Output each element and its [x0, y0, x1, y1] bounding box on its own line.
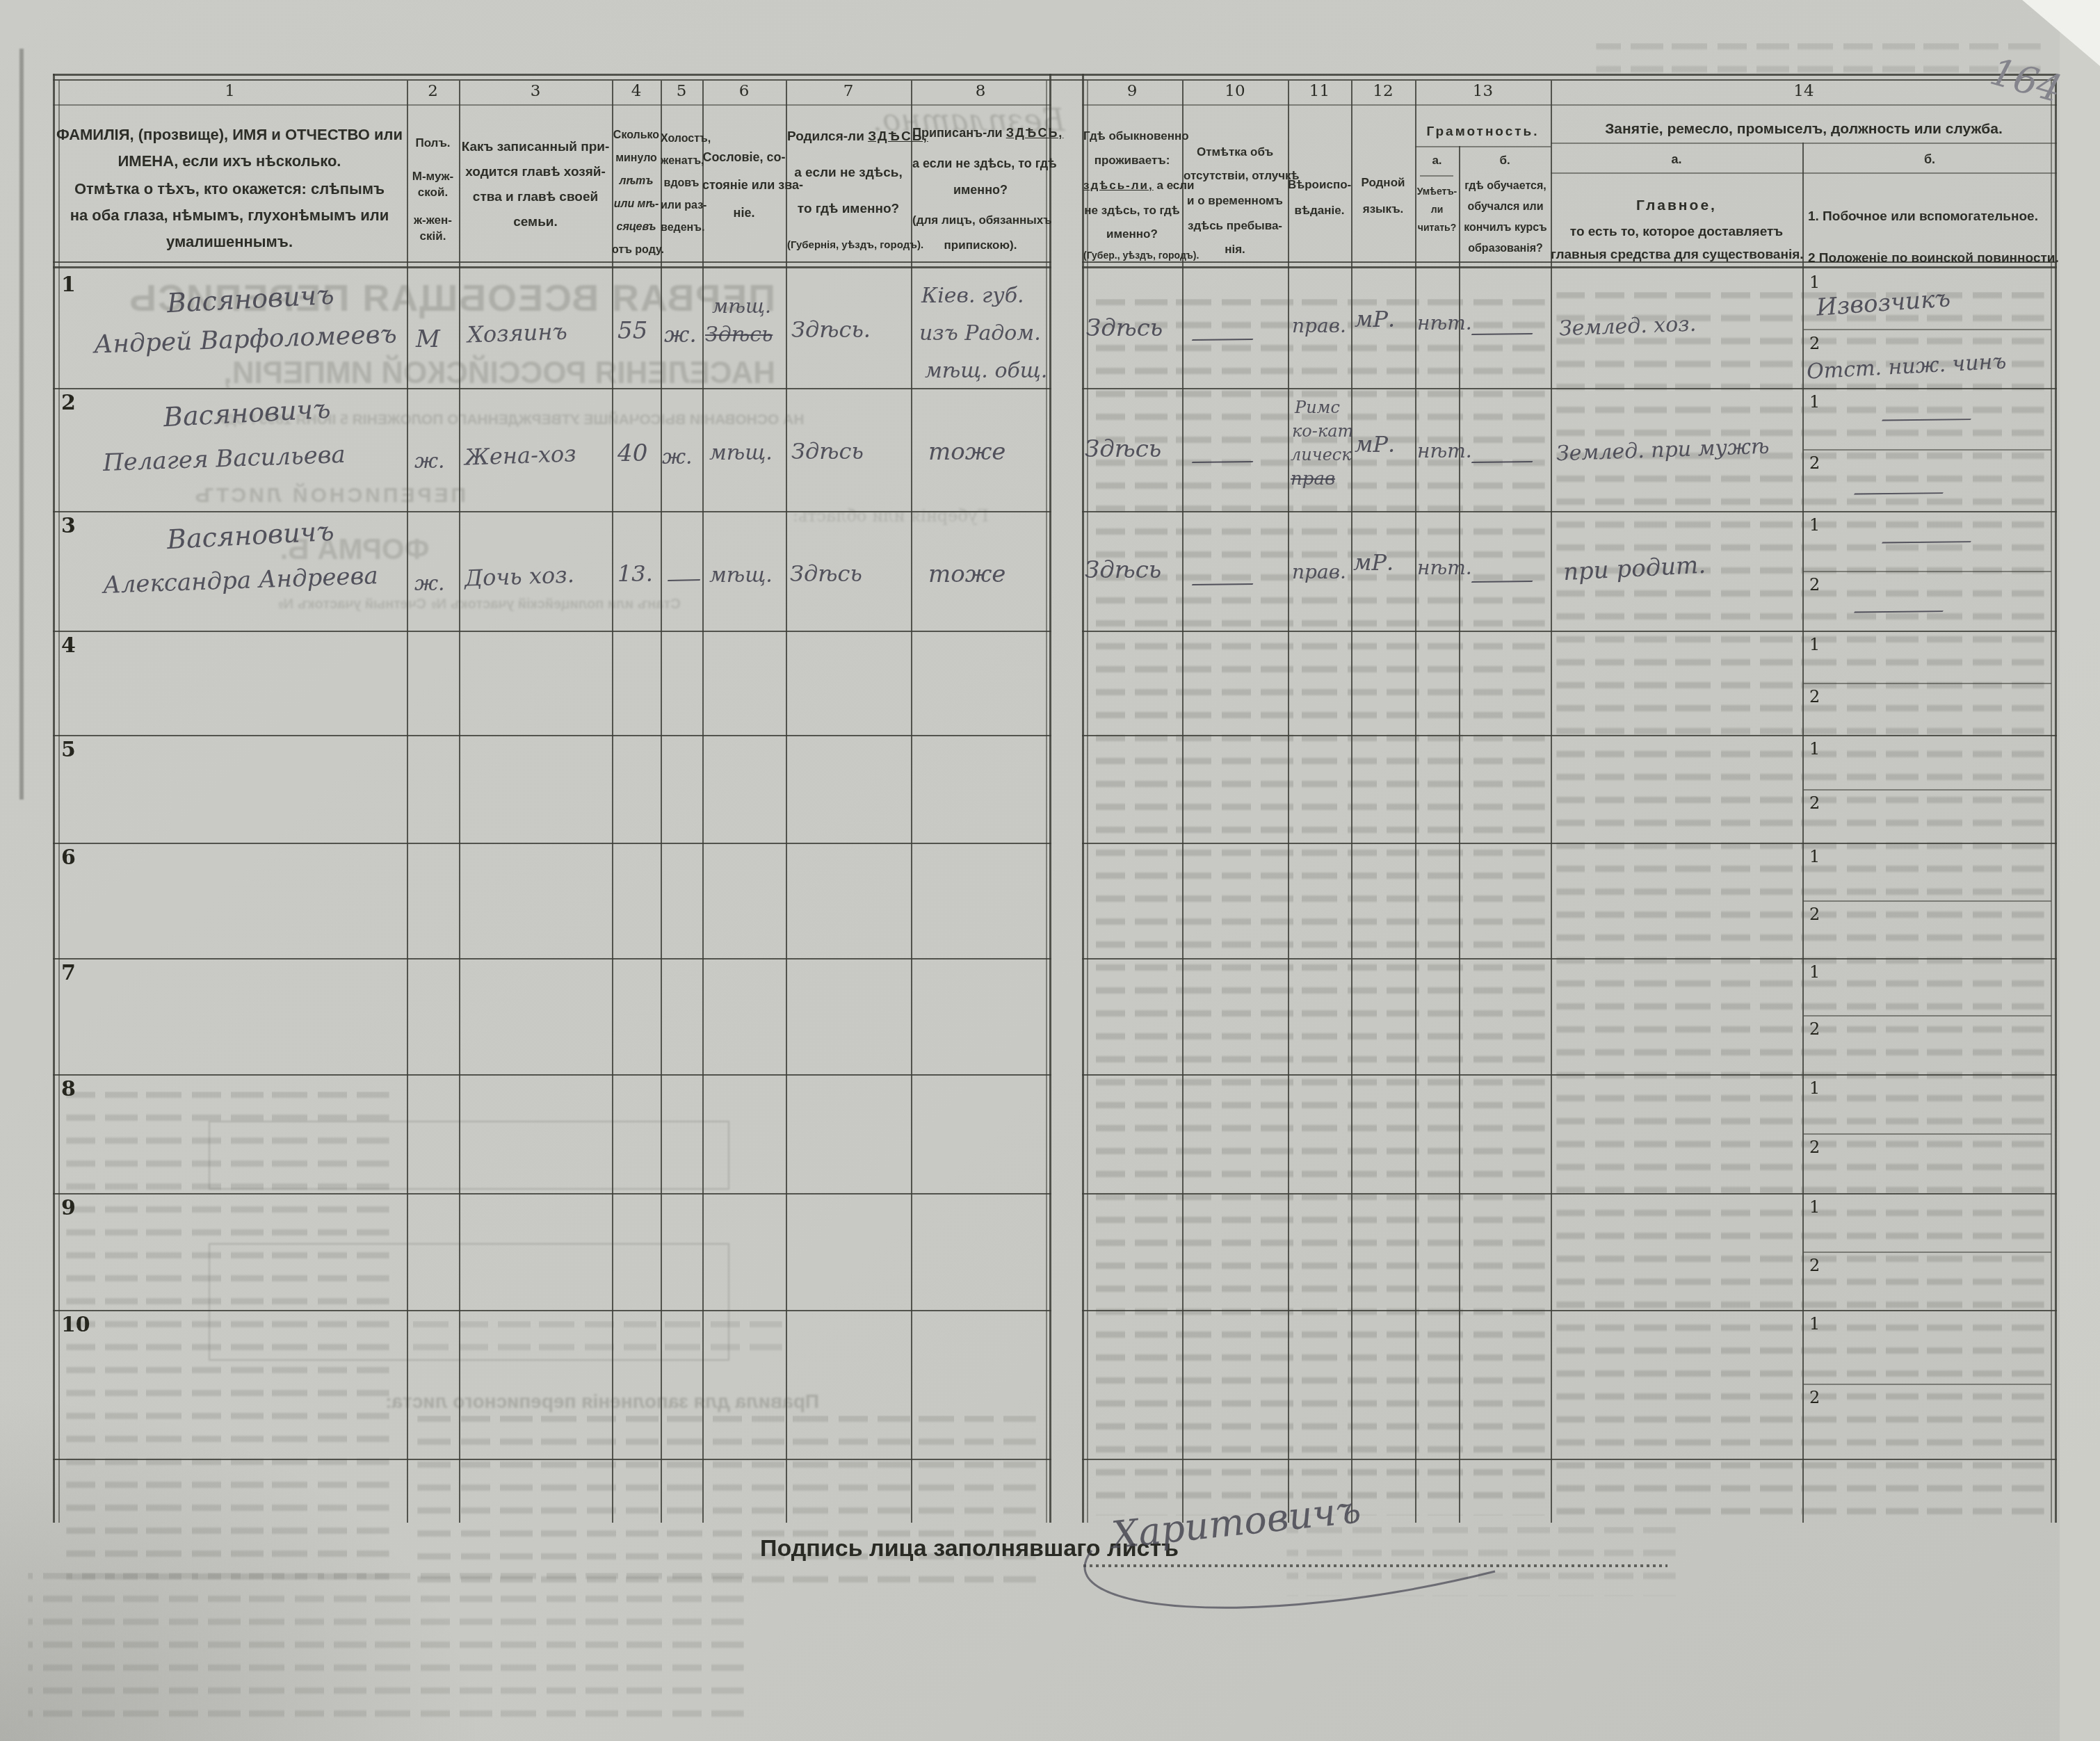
table-rule — [1804, 329, 2051, 330]
header-col14a-label: а. — [1551, 152, 1802, 168]
scan-left-shadow — [19, 49, 24, 800]
header-col13-title: Грамотность. — [1415, 124, 1551, 141]
subrow-label-1: 1 — [1809, 1078, 1820, 1098]
header-col2-line: ской. — [407, 185, 459, 200]
table-rule — [1082, 631, 2057, 632]
subrow-label-1: 1 — [1809, 273, 1820, 292]
header-col13b-line: гдѣ обучается, — [1460, 179, 1551, 194]
header-col9-here: здѣсь-ли, — [1083, 179, 1154, 192]
entry-religion-corrected: ко-кат — [1292, 421, 1353, 441]
header-col2-line: ж-жен- — [407, 213, 459, 228]
entry-marital: — — [666, 567, 687, 592]
entry-relation: Жена-хоз — [464, 440, 576, 471]
page-number-stamp: 164 — [1985, 49, 2066, 111]
entry-reads: нѣт. — [1417, 311, 1472, 334]
row-number: 10 — [61, 1313, 90, 1337]
header-col4-line: минуло — [612, 152, 661, 166]
row-number: 6 — [61, 845, 76, 870]
header-col2-line: Полъ. — [407, 136, 459, 151]
header-col10-line: здѣсь пребыва- — [1184, 218, 1286, 234]
table-rule — [1420, 175, 1453, 177]
header-col7-line: (Губернія, уѣздъ, городъ). — [787, 238, 910, 252]
subrow-label-2: 2 — [1809, 334, 1820, 353]
entry-birthplace: Здѣсь — [790, 560, 862, 587]
table-rule — [1182, 81, 1184, 1523]
entry-education: — — [1469, 321, 1489, 346]
entry-religion: прав. — [1292, 560, 1346, 583]
row-number: 7 — [61, 961, 76, 985]
table-rule — [58, 81, 60, 1523]
table-rule — [1804, 900, 2051, 902]
column-number-2: 2 — [407, 82, 459, 100]
header-col8-line: Приписанъ-ли ЗДѢСЬ, — [912, 125, 1049, 141]
column-number-13: 13 — [1415, 82, 1551, 100]
table-rule — [1551, 81, 1552, 1523]
census-form-scan: Безплатно. ПЕРВАЯ ВСЕОБЩАЯ ПЕРЕПИСЬ НАСЕ… — [0, 0, 2100, 1741]
scan-right-edge — [2060, 0, 2100, 1741]
header-col14-title: Занятіе, ремесло, промыселъ, должность и… — [1551, 120, 2057, 138]
header-col4-line: Сколько — [612, 129, 661, 143]
subrow-label-2: 2 — [1809, 905, 1820, 924]
table-rule — [53, 388, 1051, 389]
row-number: 5 — [61, 738, 76, 762]
table-rule — [53, 511, 1051, 512]
entry-marital: ж. — [662, 445, 693, 469]
header-col13a-label: а. — [1415, 153, 1459, 168]
header-col2-line: М-муж- — [407, 169, 459, 184]
table-rule — [1082, 1459, 2057, 1460]
entry-given-name: Александра Андреева — [102, 562, 378, 599]
bleedthrough-title: ПЕРЕПИСНОЙ ЛИСТЪ — [229, 484, 466, 508]
entry-residence: Здѣсь — [1085, 435, 1161, 463]
header-col8-text: Приписанъ-ли — [912, 126, 1006, 140]
header-col9-line: именно? — [1083, 227, 1181, 242]
header-col7-line: то гдѣ именно? — [787, 201, 910, 218]
table-rule — [1082, 735, 2057, 736]
entry-estate: мѣщ. — [712, 295, 771, 318]
entry-occupation-side-dash: — — [1875, 529, 1978, 553]
header-col4-line: отъ роду. — [612, 243, 661, 258]
table-rule — [911, 81, 912, 1523]
entry-absence: — — [1189, 449, 1210, 473]
entry-registration: Кіев. губ. — [921, 284, 1024, 308]
table-rule — [1804, 683, 2051, 684]
table-rule — [53, 74, 55, 1523]
row-number: 2 — [61, 391, 76, 415]
header-col10-line: нія. — [1184, 242, 1286, 257]
entry-military-status: — — [1850, 599, 1869, 622]
table-rule — [459, 81, 460, 1523]
table-rule — [1082, 1074, 2057, 1076]
table-rule — [1082, 843, 2057, 844]
column-number-8: 8 — [911, 82, 1050, 100]
header-col5-line: веденъ. — [661, 221, 702, 236]
table-rule — [1082, 511, 2057, 512]
entry-occupation-side: — — [1877, 530, 1897, 553]
table-rule — [786, 81, 787, 1523]
header-col13b-line: образованія? — [1460, 242, 1551, 257]
header-col5-line: Холостъ, — [661, 132, 702, 147]
entry-registration: тоже — [928, 438, 1005, 466]
header-col3-line: Какъ записанный при- — [460, 139, 611, 156]
header-col8-line: а если не здѣсь, то гдѣ — [912, 156, 1049, 172]
header-col7-text: Родился-ли — [787, 129, 868, 144]
header-col4-line: или мѣ- — [612, 197, 661, 212]
entry-religion: прав. — [1292, 314, 1346, 337]
subrow-label-2: 2 — [1809, 453, 1820, 473]
table-rule — [53, 631, 1051, 632]
header-col13a-line: ли — [1415, 203, 1459, 216]
row-number: 9 — [61, 1196, 76, 1220]
table-rule — [1082, 1193, 2057, 1195]
table-rule — [2055, 74, 2057, 1523]
header-col8-line: именно? — [912, 182, 1049, 198]
entry-given-name: Андрей Варфоломеевъ — [93, 320, 397, 359]
table-rule — [1351, 81, 1352, 1523]
header-col9-line: не здѣсь, то гдѣ — [1083, 203, 1181, 218]
subrow-label-2: 2 — [1809, 687, 1820, 706]
table-rule — [1804, 1015, 2051, 1017]
subrow-label-1: 1 — [1809, 739, 1820, 759]
header-col6-line: Сословіе, со- — [702, 149, 786, 165]
subrow-label-1: 1 — [1809, 1314, 1820, 1334]
column-number-5: 5 — [661, 82, 702, 100]
header-col1-line: умалишеннымъ. — [56, 232, 403, 252]
table-rule — [1082, 74, 1084, 1523]
table-rule — [53, 843, 1051, 844]
entry-sex: М — [416, 325, 440, 353]
table-rule — [407, 81, 408, 1523]
entry-absence-dash: — — [1188, 326, 1257, 351]
header-col8-here: ЗДѢСЬ, — [1006, 126, 1064, 140]
entry-education: — — [1469, 569, 1489, 593]
header-col6-line: стояніе или зва- — [702, 177, 786, 193]
entry-military-dash: — — [1847, 599, 1950, 622]
entry-registration: мѣщ. общ. — [925, 359, 1047, 383]
header-col6-line: ніе. — [702, 205, 786, 221]
table-rule — [53, 261, 1051, 263]
bleedthrough-text-block — [417, 1416, 1036, 1589]
table-rule — [1049, 74, 1051, 1523]
header-col1-line: ИМЕНА, если ихъ нѣсколько. — [56, 152, 403, 172]
entry-age: 55 — [617, 317, 647, 345]
header-col4-line: сяцевъ — [612, 220, 661, 235]
table-rule — [1804, 449, 2051, 451]
header-col14b-label: б. — [1802, 152, 2057, 168]
subrow-label-2: 2 — [1809, 1137, 1820, 1157]
entry-absence: — — [1189, 327, 1210, 351]
entry-religion-corrected: Римс — [1295, 398, 1340, 417]
table-rule — [53, 74, 2057, 76]
header-col9-line: Гдѣ обыкновенно — [1083, 129, 1181, 144]
bleedthrough-table-outline — [209, 1121, 729, 1190]
column-number-1: 1 — [53, 82, 407, 100]
entry-education-dash: — — [1467, 568, 1537, 593]
entry-religion-struck: прав — [1291, 469, 1335, 489]
table-rule — [1804, 1384, 2051, 1385]
entry-absence-dash: — — [1188, 448, 1257, 473]
entry-language: мР. — [1355, 306, 1395, 332]
bleedthrough-table-outline — [209, 1243, 729, 1361]
entry-relation: Хозяинъ — [467, 318, 567, 348]
header-col13b-line: кончилъ курсъ — [1460, 221, 1551, 236]
subrow-label-1: 1 — [1809, 392, 1820, 412]
table-rule — [1551, 172, 2057, 174]
entry-marital: ж. — [664, 321, 697, 348]
entry-military-status: — — [1850, 481, 1869, 504]
column-number-3: 3 — [459, 82, 612, 100]
header-col3-line: ходится главѣ хозяй- — [460, 164, 611, 181]
subrow-label-2: 2 — [1809, 1256, 1820, 1275]
row-number: 8 — [61, 1077, 76, 1101]
header-col5-line: женатъ, — [661, 154, 702, 169]
header-col14a-line: главныя средства для существованія. — [1551, 247, 1802, 264]
table-rule — [1551, 143, 2057, 144]
bleedthrough-label: Счетный участокъ № — [278, 597, 426, 613]
column-number-7: 7 — [786, 82, 911, 100]
bleedthrough-text-block — [1556, 292, 2044, 1523]
header-col11-line: Вѣроиспо- — [1288, 177, 1351, 193]
entry-absence: — — [1189, 572, 1210, 596]
subrow-label-1: 1 — [1809, 635, 1820, 654]
column-number-11: 11 — [1288, 82, 1351, 100]
subrow-label-2: 2 — [1809, 1388, 1820, 1407]
table-rule — [53, 266, 1051, 268]
table-rule — [53, 79, 2057, 81]
bleedthrough-rules-heading: Правила для заполненія переписного листа… — [430, 1391, 819, 1413]
subrow-label-1: 1 — [1809, 847, 1820, 866]
header-col5-line: вдовъ — [661, 177, 702, 191]
header-col14a-line: Главное, — [1551, 196, 1802, 215]
header-col3-line: ства и главѣ своей — [460, 189, 611, 207]
entry-birthplace: Здѣсь. — [791, 316, 871, 343]
table-rule — [1288, 81, 1289, 1523]
header-col13b-label: б. — [1459, 153, 1551, 168]
entry-registration: тоже — [928, 560, 1005, 588]
entry-language: мР. — [1355, 431, 1395, 457]
table-rule — [53, 1193, 1051, 1195]
subrow-label-2: 2 — [1809, 575, 1820, 594]
header-col1-line: ФАМИЛІЯ, (прозвище), ИМЯ и ОТЧЕСТВО или — [56, 125, 403, 145]
column-number-4: 4 — [612, 82, 661, 100]
row-number: 3 — [61, 514, 76, 538]
table-rule — [53, 1310, 1051, 1311]
entry-relation: Дочь хоз. — [464, 561, 574, 591]
table-rule — [1804, 1252, 2051, 1253]
entry-marital-dash: — — [665, 567, 702, 592]
subrow-label-2: 2 — [1809, 793, 1820, 813]
entry-education-dash: — — [1467, 448, 1537, 473]
entry-reads: нѣт. — [1417, 556, 1472, 579]
table-rule — [53, 1459, 1051, 1460]
table-rule — [1082, 104, 2057, 106]
entry-sex: ж. — [414, 572, 445, 596]
table-rule — [1415, 81, 1416, 1523]
table-rule — [53, 104, 1051, 106]
entry-estate: мѣщ. — [709, 441, 773, 465]
header-col10-line: и о временномъ — [1184, 193, 1286, 209]
header-col14a-line: то есть то, которое доставляетъ — [1551, 224, 1802, 241]
entry-reads: нѣт. — [1417, 439, 1472, 462]
entry-residence: Здѣсь — [1086, 314, 1163, 342]
header-col9-line: (Губер., уѣздъ, городъ). — [1083, 249, 1181, 261]
entry-estate: мѣщ. — [709, 563, 773, 588]
entry-occupation-main: Землед. хоз. — [1558, 312, 1696, 341]
header-col14b-line: 2 Положеніе по воинской повинности. — [1808, 250, 2051, 268]
table-rule — [1804, 789, 2051, 791]
header-col14b-line: 1. Побочное или вспомогательное. — [1808, 209, 2051, 226]
entry-residence: Здѣсь — [1085, 556, 1161, 584]
table-rule — [1459, 146, 1460, 1523]
entry-age: 13. — [617, 560, 653, 587]
subrow-label-1: 1 — [1809, 1197, 1820, 1217]
entry-registration: изъ Радом. — [919, 321, 1041, 346]
table-rule — [1046, 81, 1047, 1523]
header-col5-line: или раз- — [661, 199, 702, 213]
table-rule — [53, 735, 1051, 736]
header-col13a-line: Умѣетъ- — [1415, 185, 1459, 197]
header-col10-line: Отмѣтка объ — [1184, 145, 1286, 160]
header-col3-line: семьи. — [460, 214, 611, 232]
signature-flourish — [1050, 1530, 1537, 1641]
header-col2-line: скій. — [407, 229, 459, 244]
table-rule — [1804, 1133, 2051, 1135]
header-col9-line: проживаетъ: — [1083, 153, 1181, 168]
table-rule — [1082, 1310, 2057, 1311]
header-col8-line: (для лицъ, обязанныхъ — [912, 213, 1049, 228]
table-rule — [2051, 81, 2052, 1523]
entry-language: мР. — [1353, 549, 1394, 576]
column-number-14: 14 — [1551, 82, 2057, 100]
entry-age: 40 — [617, 439, 647, 467]
entry-occupation-side: — — [1877, 407, 1897, 430]
header-col1-line: Отмѣтка о тѣхъ, кто окажется: слѣпымъ — [56, 179, 403, 200]
header-col12-line: Родной — [1351, 175, 1415, 191]
entry-absence-dash: — — [1188, 571, 1257, 596]
header-col8-line: припискою). — [912, 238, 1049, 253]
header-col7-line: Родился-ли ЗДѢСЬ, — [787, 129, 910, 146]
header-col12-line: языкъ. — [1351, 202, 1415, 217]
header-col13a-line: читать? — [1415, 221, 1459, 234]
header-col1-line: на оба глаза, нѣмымъ, глухонѣмымъ или — [56, 206, 403, 226]
table-rule — [1082, 388, 2057, 389]
header-col10-line: отсутствіи, отлучкѣ — [1184, 168, 1286, 184]
column-number-12: 12 — [1351, 82, 1415, 100]
table-rule — [661, 81, 662, 1523]
entry-education: — — [1469, 449, 1489, 473]
bleedthrough-label: Станъ или полицейскій участокъ № — [431, 597, 681, 613]
header-col9-line: здѣсь-ли, а если — [1083, 178, 1181, 193]
entry-occupation-side-dash: — — [1875, 407, 1978, 430]
header-col13b-line: обучался или — [1460, 200, 1551, 215]
subrow-label-2: 2 — [1809, 1019, 1820, 1039]
header-col7-line: а если не здѣсь, — [787, 165, 910, 182]
bleedthrough-text-block — [28, 1573, 744, 1726]
table-rule — [702, 81, 704, 1523]
column-number-6: 6 — [702, 82, 786, 100]
bleedthrough-label: Губернія или область: — [793, 506, 989, 526]
subrow-label-1: 1 — [1809, 962, 1820, 982]
row-number: 4 — [61, 633, 76, 658]
table-rule — [1415, 146, 1551, 147]
entry-military-dash: — — [1847, 480, 1950, 504]
table-rule — [1082, 958, 2057, 959]
table-rule — [53, 958, 1051, 959]
table-rule — [1087, 81, 1088, 1523]
bleedthrough-title: НАСЕЛЕНІЯ РОССІЙСКОЙ ИМПЕРІИ, — [275, 356, 775, 391]
entry-birthplace: Здѣсь — [791, 438, 864, 464]
row-number: 1 — [61, 273, 76, 297]
header-col11-line: вѣданіе. — [1288, 203, 1351, 218]
table-rule — [612, 81, 613, 1523]
entry-estate-struck: Здѣсь — [705, 323, 773, 347]
header-col4-line: лѣтъ — [612, 175, 661, 189]
column-number-10: 10 — [1182, 82, 1288, 100]
entry-religion-corrected: лическ — [1291, 445, 1352, 464]
entry-sex: ж. — [414, 449, 445, 473]
table-rule — [53, 1074, 1051, 1076]
column-number-9: 9 — [1082, 82, 1182, 100]
subrow-label-1: 1 — [1809, 515, 1820, 535]
entry-education-dash: — — [1467, 321, 1537, 346]
entry-given-name: Пелагея Васильева — [102, 441, 346, 477]
table-rule — [1802, 143, 1804, 1523]
table-rule — [1804, 571, 2051, 572]
